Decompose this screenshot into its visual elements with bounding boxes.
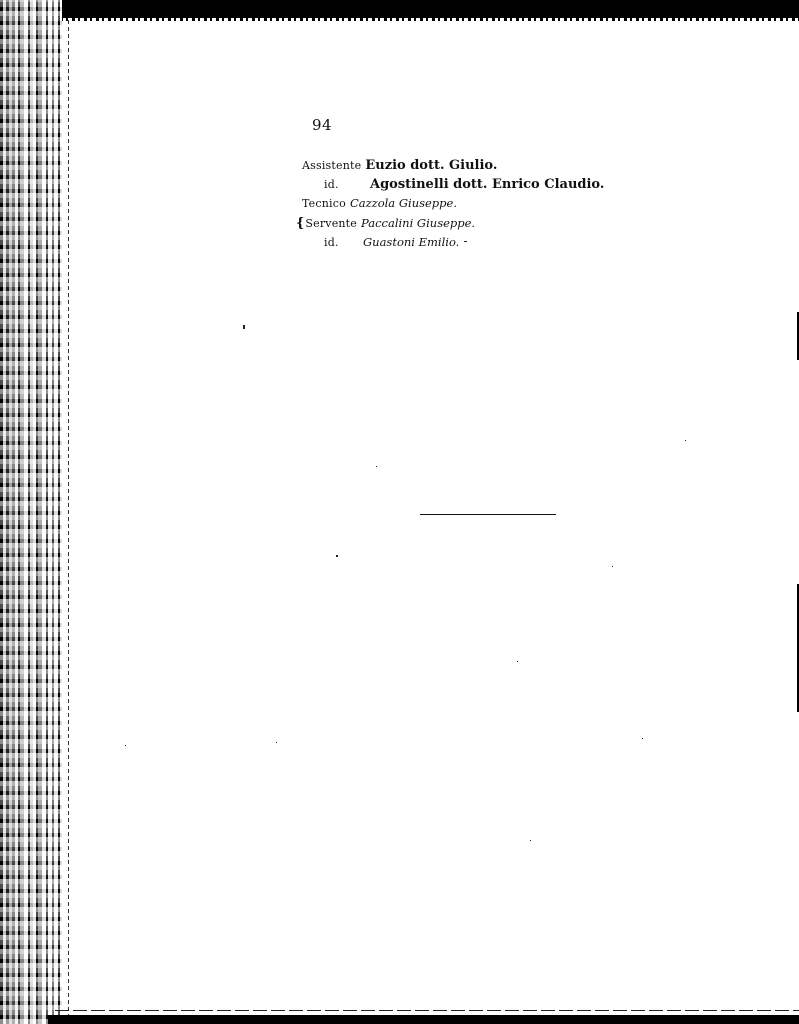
section-separator-rule (420, 514, 556, 515)
staff-entry: Tecnico Cazzola Giuseppe. (302, 194, 604, 213)
scan-speck (517, 661, 518, 662)
staff-entry: {Servente Paccalini Giuseppe. (296, 214, 604, 233)
scan-speck (276, 742, 277, 743)
staff-entry: id. Agostinelli dott. Enrico Claudio. (324, 175, 604, 194)
staff-name: Guastoni Emilio. (363, 235, 459, 249)
staff-role: Tecnico (302, 197, 346, 210)
staff-role: Servente (305, 217, 357, 230)
scan-bottom-border (48, 1015, 799, 1024)
book-binding-edge (0, 0, 62, 1024)
staff-name: Paccalini Giuseppe. (361, 216, 475, 230)
scan-speck (464, 241, 467, 242)
scan-speck (243, 325, 245, 329)
staff-name: Agostinelli dott. Enrico Claudio. (370, 177, 604, 192)
staff-entry: id. Guastoni Emilio. (324, 233, 604, 252)
scan-speck (125, 745, 126, 746)
scan-speck (530, 840, 531, 841)
staff-name: Euzio dott. Giulio. (365, 158, 497, 173)
page-number: 94 (312, 116, 332, 134)
page-left-edge (68, 18, 69, 1018)
staff-entry: Assistente Euzio dott. Giulio. (302, 156, 604, 175)
page-bottom-edge (55, 1010, 799, 1011)
scan-speck (685, 440, 686, 441)
scan-top-border (0, 0, 799, 18)
staff-role: id. (324, 234, 359, 252)
scan-speck (336, 555, 338, 557)
staff-role: id. (324, 176, 366, 194)
scan-speck (376, 466, 377, 467)
scan-speck (612, 566, 613, 567)
staff-name: Cazzola Giuseppe. (350, 196, 457, 210)
staff-list: Assistente Euzio dott. Giulio. id. Agost… (296, 156, 604, 252)
brace-mark: { (296, 216, 304, 231)
scan-speck (642, 738, 643, 739)
staff-role: Assistente (302, 159, 361, 172)
